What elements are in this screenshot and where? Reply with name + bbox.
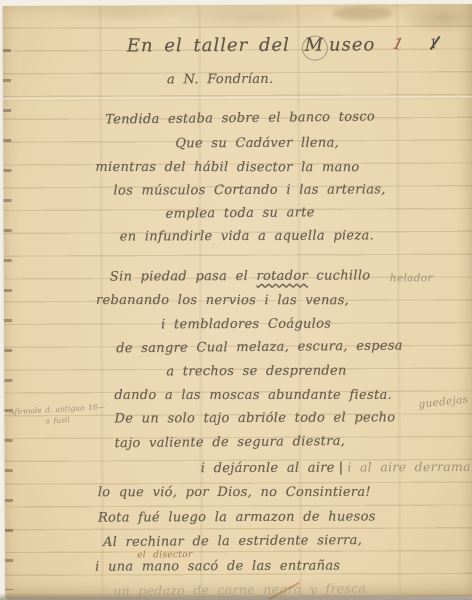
verse-line: i una mano sacó de las entrañas (95, 559, 340, 575)
manuscript-scan: 1 I En el taller del Museo a N. Fondrían… (0, 0, 472, 600)
title-rest: useo (329, 34, 375, 55)
verse-line: los músculos Cortando i las arterias, (113, 182, 385, 198)
verse-text: cuchillo (308, 268, 371, 283)
title-pre: En el taller del (127, 35, 301, 57)
verse-text: i dejáronle al aire (201, 461, 335, 477)
verse-line: lo que vió, por Dios, no Consintiera! (98, 485, 371, 500)
verse-line: i dejáronle al aire|i al aire derramaron (201, 459, 472, 476)
verse-line: Sin piedad pasa el rotador cuchillo (110, 268, 371, 284)
poem-title: En el taller del Museo (127, 34, 376, 61)
page-bottom-shadow (0, 593, 472, 600)
verse-line: Rota fué luego la armazon de huesos (98, 509, 376, 525)
dedication: a N. Fondrían. (167, 72, 273, 87)
verse-line: a trechos se desprenden (166, 364, 346, 380)
verse-line: de sangre Cual melaza, escura, espesa (116, 339, 403, 357)
verse-line: Al rechinar de la estridente sierra, (103, 533, 362, 550)
verse-line: mientras del hábil disector la mano (95, 160, 359, 175)
caesura-slash: | (339, 461, 344, 476)
verse-line: tajo valiente de segura diestra, (115, 434, 346, 451)
slashed-i-mark: I (431, 37, 436, 52)
verse-text: Sin piedad pasa el (110, 269, 257, 285)
paper-sheet: 1 I En el taller del Museo a N. Fondrían… (3, 4, 472, 598)
pencil-continuation: i al aire derramaron (347, 459, 472, 475)
underlined-word: rotador (256, 269, 308, 284)
verse-line: dando a las moscas abundante fiesta. (114, 388, 392, 403)
verse-line: Tendida estaba sobre el banco tosco (105, 109, 375, 127)
verse-line: en infundirle vida a aquella pieza. (120, 228, 374, 244)
verse-line: emplea toda su arte (166, 205, 315, 221)
verse-line: i tembladores Coágulos (161, 317, 331, 333)
title-circled-letter: M (302, 36, 329, 61)
margin-correction: helador (390, 272, 433, 284)
verse-line: rebanando los nervios i las venas, (96, 293, 349, 308)
verse-line: Que su Cadáver llena, (175, 136, 339, 152)
verse-line: De un solo tajo abrióle todo el pecho (114, 410, 395, 426)
